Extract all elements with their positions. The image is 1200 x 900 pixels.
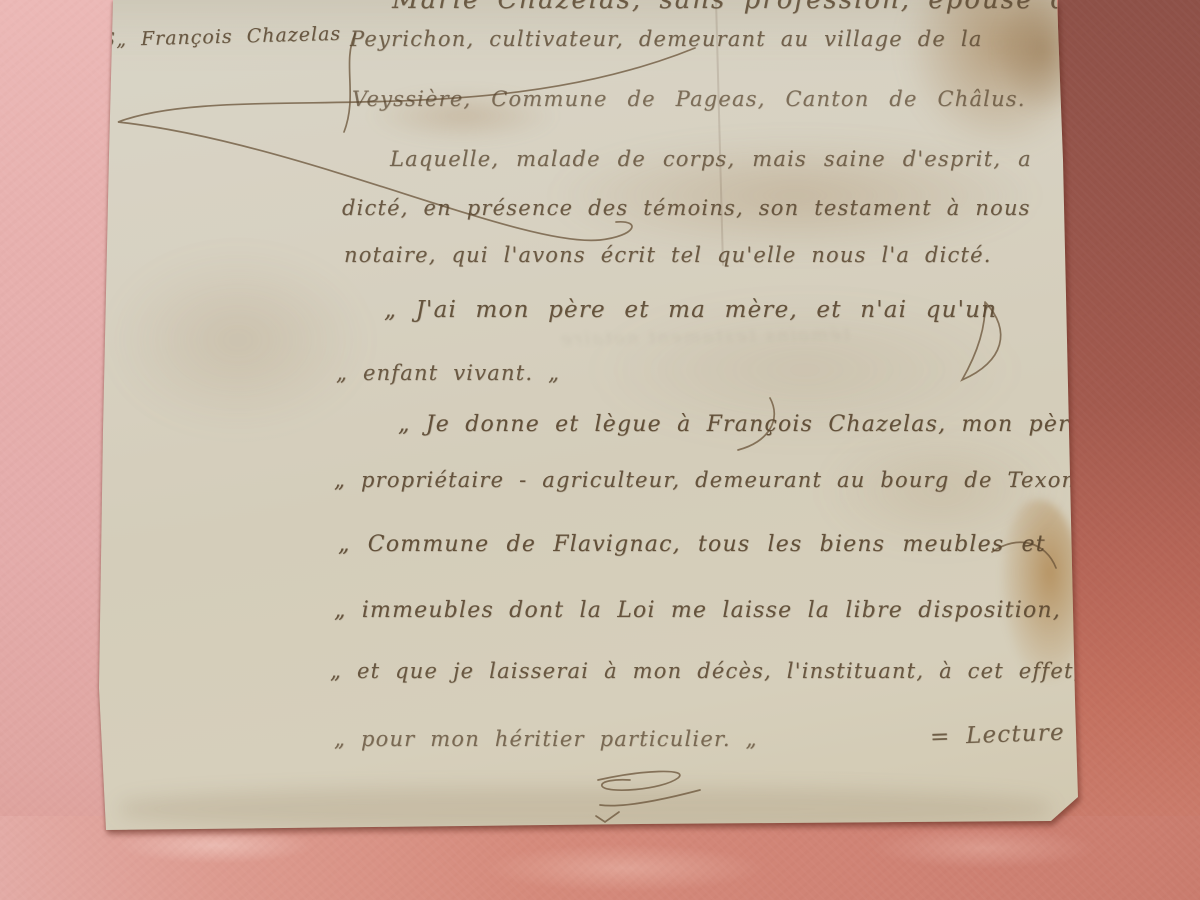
show-through-ghost-text: témoins testament notaire bbox=[150, 324, 850, 357]
paper-shadow: témoins testament notaire S„ François Ch… bbox=[0, 0, 1200, 900]
manuscript-line-3: Veyssière, Commune de Pageas, Canton de … bbox=[352, 87, 1026, 111]
pen-flourishes bbox=[0, 0, 1200, 900]
stain-bottom-edge bbox=[120, 788, 1050, 830]
manuscript-line-6: notaire, qui l'avons écrit tel qu'elle n… bbox=[344, 243, 992, 267]
manuscript-line-14: „ pour mon héritier particulier. „ bbox=[334, 727, 758, 751]
stain-left-wash bbox=[108, 250, 368, 430]
manuscript-line-8: „ enfant vivant. „ bbox=[336, 361, 560, 385]
stain-top-right bbox=[905, 0, 1095, 150]
manuscript-line-12: „ immeubles dont la Loi me laisse la lib… bbox=[334, 598, 1061, 623]
manuscript-line-9: „ Je donne et lègue à François Chazelas,… bbox=[398, 412, 1092, 437]
stain-right-edge bbox=[1002, 500, 1082, 680]
photo-scene: témoins testament notaire S„ François Ch… bbox=[0, 0, 1200, 900]
manuscript-line-4: Laquelle, malade de corps, mais saine d'… bbox=[390, 147, 1032, 171]
manuscript-line-10: „ propriétaire - agriculteur, demeurant … bbox=[334, 468, 1084, 492]
check-mark-stroke bbox=[596, 812, 619, 822]
margin-note: S„ François Chazelas bbox=[102, 23, 342, 51]
manuscript-line-1: Marie Chazelas, sans profession, épouse … bbox=[392, 0, 1197, 15]
lecture-closing-mark: = Lecture bbox=[930, 720, 1066, 751]
manuscript-line-13: „ et que je laisserai à mon décès, l'ins… bbox=[330, 659, 1081, 683]
bottom-paraphe-stroke bbox=[598, 771, 700, 805]
manuscript-line-7: „ J'ai mon père et ma mère, et n'ai qu'u… bbox=[384, 297, 997, 323]
manuscript-paper: témoins testament notaire S„ François Ch… bbox=[0, 0, 1200, 900]
manuscript-line-11: „ Commune de Flavignac, tous les biens m… bbox=[338, 532, 1046, 557]
manuscript-line-2: Peyrichon, cultivateur, demeurant au vil… bbox=[350, 27, 983, 51]
manuscript-line-5: dicté, en présence des témoins, son test… bbox=[342, 196, 1031, 220]
